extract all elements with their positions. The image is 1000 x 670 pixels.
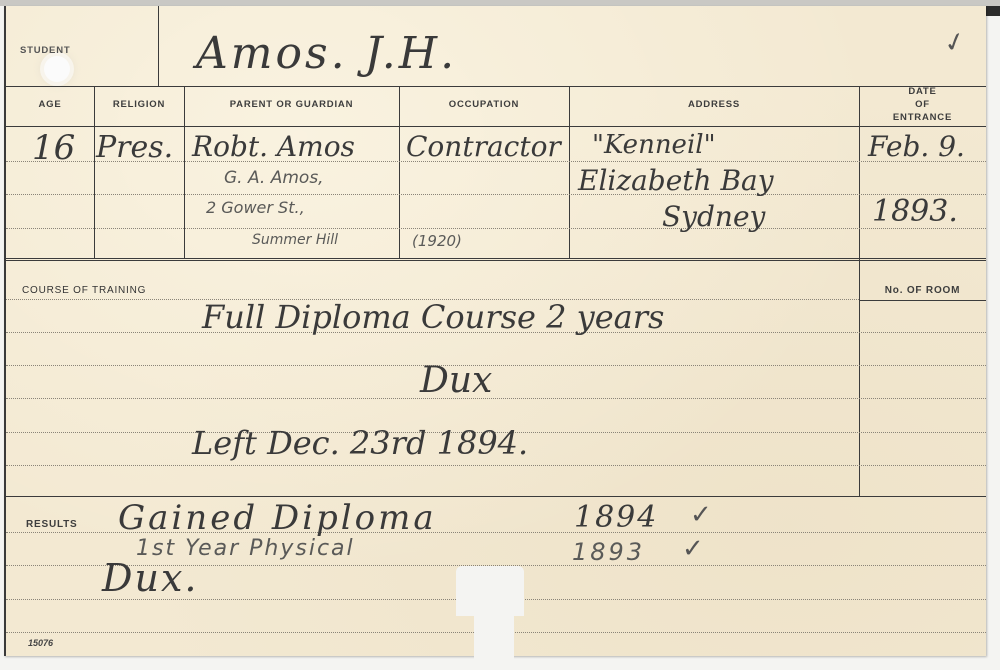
rule bbox=[6, 86, 986, 87]
header-occupation: OCCUPATION bbox=[399, 98, 569, 111]
guardian-suburb: Summer Hill bbox=[252, 232, 338, 248]
dotted-rule bbox=[6, 194, 986, 195]
divider bbox=[158, 6, 159, 86]
guardian-name: G. A. Amos, bbox=[224, 168, 324, 188]
rule bbox=[6, 126, 986, 127]
header-age: AGE bbox=[6, 98, 94, 111]
address-line-1: "Kenneil" bbox=[592, 130, 716, 160]
occupation-note: (1920) bbox=[412, 232, 462, 250]
header-address: ADDRESS bbox=[569, 98, 859, 111]
result-3-text: Dux. bbox=[102, 556, 198, 600]
address-line-2: Elizabeth Bay bbox=[578, 164, 774, 197]
card-file-notch-stem bbox=[474, 606, 514, 666]
results-label: RESULTS bbox=[26, 518, 78, 531]
check-mark-icon: ✓ bbox=[690, 500, 712, 530]
entrance-year: 1893. bbox=[872, 194, 958, 229]
dotted-rule bbox=[6, 365, 986, 366]
section-rule bbox=[6, 258, 986, 261]
entrance-date: Feb. 9. bbox=[868, 130, 965, 163]
check-mark-icon: ✓ bbox=[682, 534, 704, 564]
section-rule bbox=[6, 496, 986, 497]
check-mark-icon: ✓ bbox=[940, 26, 969, 61]
course-line-3: Left Dec. 23rd 1894. bbox=[192, 424, 528, 462]
form-number: 15076 bbox=[28, 638, 53, 648]
age-value: 16 bbox=[32, 128, 75, 168]
guardian-street: 2 Gower St., bbox=[206, 198, 305, 217]
student-record-card: STUDENT Amos. J.H. ✓ AGE RELIGION PARENT… bbox=[4, 6, 986, 656]
header-date-entrance: DATE OF ENTRANCE bbox=[859, 85, 986, 124]
address-line-3: Sydney bbox=[662, 200, 765, 233]
header-parent: PARENT OR GUARDIAN bbox=[184, 98, 399, 111]
religion-value: Pres. bbox=[96, 130, 173, 165]
dotted-rule bbox=[6, 398, 986, 399]
dotted-rule bbox=[6, 465, 986, 466]
student-name: Amos. J.H. bbox=[196, 28, 457, 79]
header-date-line: OF bbox=[859, 98, 986, 111]
student-label: STUDENT bbox=[20, 44, 70, 57]
room-label: No. OF ROOM bbox=[859, 284, 986, 297]
result-2-year: 1893 bbox=[572, 538, 645, 566]
scan-border-mark bbox=[984, 6, 1000, 16]
header-religion: RELIGION bbox=[94, 98, 184, 111]
rule bbox=[859, 300, 986, 301]
course-label: COURSE OF TRAINING bbox=[22, 284, 146, 297]
course-line-2: Dux bbox=[420, 360, 492, 401]
header-date-line: ENTRANCE bbox=[859, 111, 986, 124]
header-date-line: DATE bbox=[859, 85, 986, 98]
occupation-value: Contractor bbox=[406, 130, 561, 163]
result-1-year: 1894 bbox=[574, 500, 658, 535]
punch-hole bbox=[44, 56, 70, 82]
divider bbox=[184, 86, 185, 258]
divider bbox=[399, 86, 400, 258]
dotted-rule bbox=[6, 228, 986, 229]
course-line-1: Full Diploma Course 2 years bbox=[202, 298, 664, 336]
parent-value: Robt. Amos bbox=[192, 130, 355, 163]
divider bbox=[569, 86, 570, 258]
divider bbox=[94, 86, 95, 258]
result-1-text: Gained Diploma bbox=[118, 498, 437, 538]
